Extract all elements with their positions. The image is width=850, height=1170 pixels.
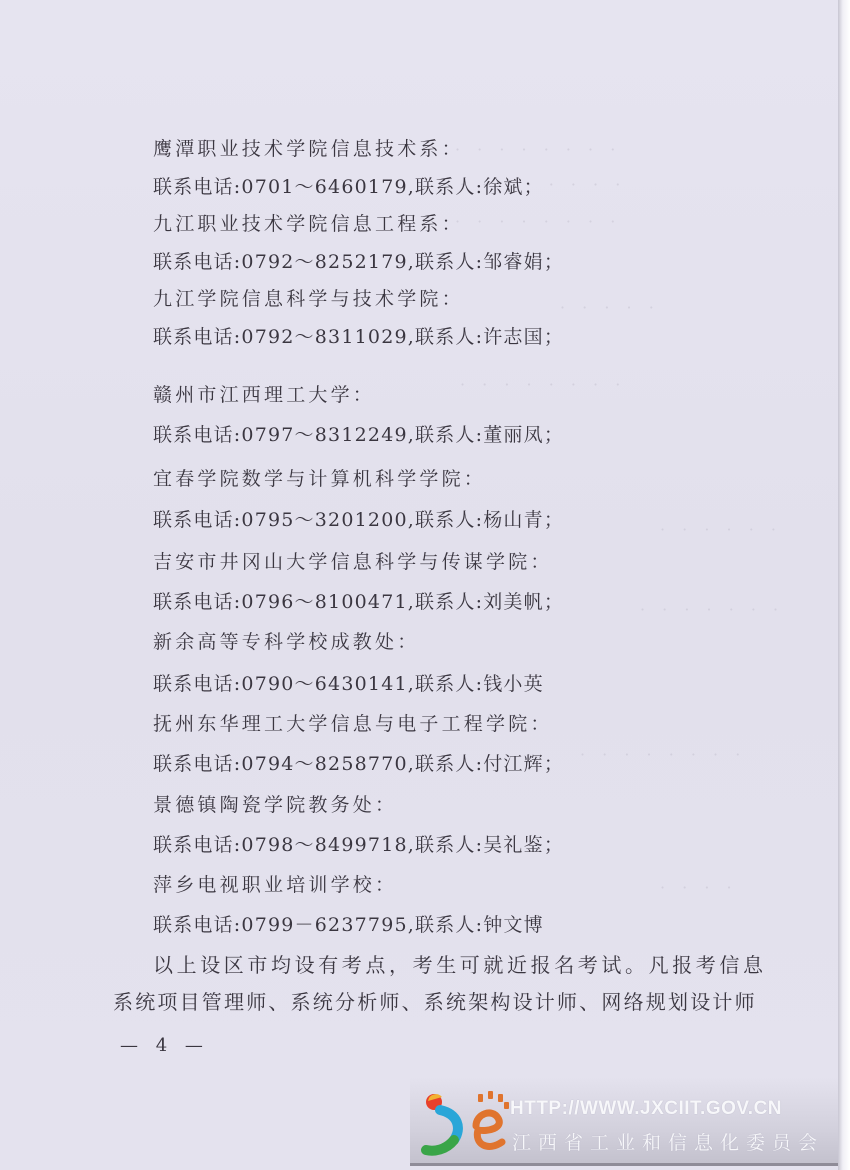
show-through-text: · · · · · · · · bbox=[455, 212, 621, 231]
scan-edge bbox=[838, 0, 850, 1170]
show-through-text: · · · · · bbox=[560, 298, 660, 317]
institution-name: 吉安市井冈山大学信息科学与传谋学院： bbox=[153, 550, 553, 574]
institution-name: 宜春学院数学与计算机科学学院： bbox=[153, 467, 486, 491]
institution-name: 九江学院信息科学与技术学院： bbox=[153, 287, 464, 311]
show-through-text: · · · · · · bbox=[660, 520, 782, 539]
show-through-text: · · · · · · · · bbox=[580, 745, 746, 764]
institution-name: 萍乡电视职业培训学校： bbox=[153, 873, 397, 897]
institution-name: 抚州东华理工大学信息与电子工程学院： bbox=[153, 712, 553, 736]
institution-name: 新余高等专科学校成教处： bbox=[153, 630, 419, 654]
contact-phone-line: 联系电话:0790～6430141,联系人:钱小英 bbox=[153, 672, 544, 696]
show-through-text: · · · · · · · · bbox=[460, 375, 626, 394]
contact-phone-line: 联系电话:0792～8311029,联系人:许志国； bbox=[153, 325, 564, 349]
show-through-text: · · · · bbox=[660, 878, 738, 897]
watermark-url: HTTP://WWW.JXCIIT.GOV.CN bbox=[510, 1098, 782, 1120]
contact-phone-line: 联系电话:0797～8312249,联系人:董丽凤； bbox=[153, 423, 564, 447]
watermark-organization: 江西省工业和信息化委员会 bbox=[512, 1128, 824, 1155]
jxciit-logo-icon bbox=[418, 1088, 514, 1160]
contact-phone-line: 联系电话:0798～8499718,联系人:吴礼鉴； bbox=[153, 833, 564, 857]
contact-phone-line: 联系电话:0794～8258770,联系人:付江辉； bbox=[153, 752, 564, 776]
page-number: — 4 — bbox=[120, 1035, 209, 1056]
body-paragraph-line: 以上设区市均设有考点，考生可就近报名考试。凡报考信息 bbox=[153, 953, 767, 977]
institution-name: 九江职业技术学院信息工程系： bbox=[153, 212, 464, 236]
contact-phone-line: 联系电话:0796～8100471,联系人:刘美帆； bbox=[153, 590, 564, 614]
scanned-page: · · · · · · · · · · · · · · · · · · · · … bbox=[0, 0, 838, 1170]
contact-phone-line: 联系电话:0792～8252179,联系人:邹睿娟； bbox=[153, 250, 564, 274]
show-through-text: · · · · · · · · bbox=[455, 140, 621, 159]
contact-phone-line: 联系电话:0795～3201200,联系人:杨山青； bbox=[153, 508, 564, 532]
contact-phone-line: 联系电话:0799－6237795,联系人:钟文博 bbox=[153, 913, 544, 937]
body-paragraph-line: 系统项目管理师、系统分析师、系统架构设计师、网络规划设计师 bbox=[113, 990, 757, 1014]
show-through-text: · · · · · · · bbox=[640, 600, 784, 619]
institution-name: 鹰潭职业技术学院信息技术系： bbox=[153, 137, 464, 161]
watermark-underline bbox=[410, 1163, 840, 1166]
institution-name: 赣州市江西理工大学： bbox=[153, 383, 375, 407]
contact-phone-line: 联系电话:0701～6460179,联系人:徐斌； bbox=[153, 175, 544, 199]
institution-name: 景德镇陶瓷学院教务处： bbox=[153, 793, 397, 817]
